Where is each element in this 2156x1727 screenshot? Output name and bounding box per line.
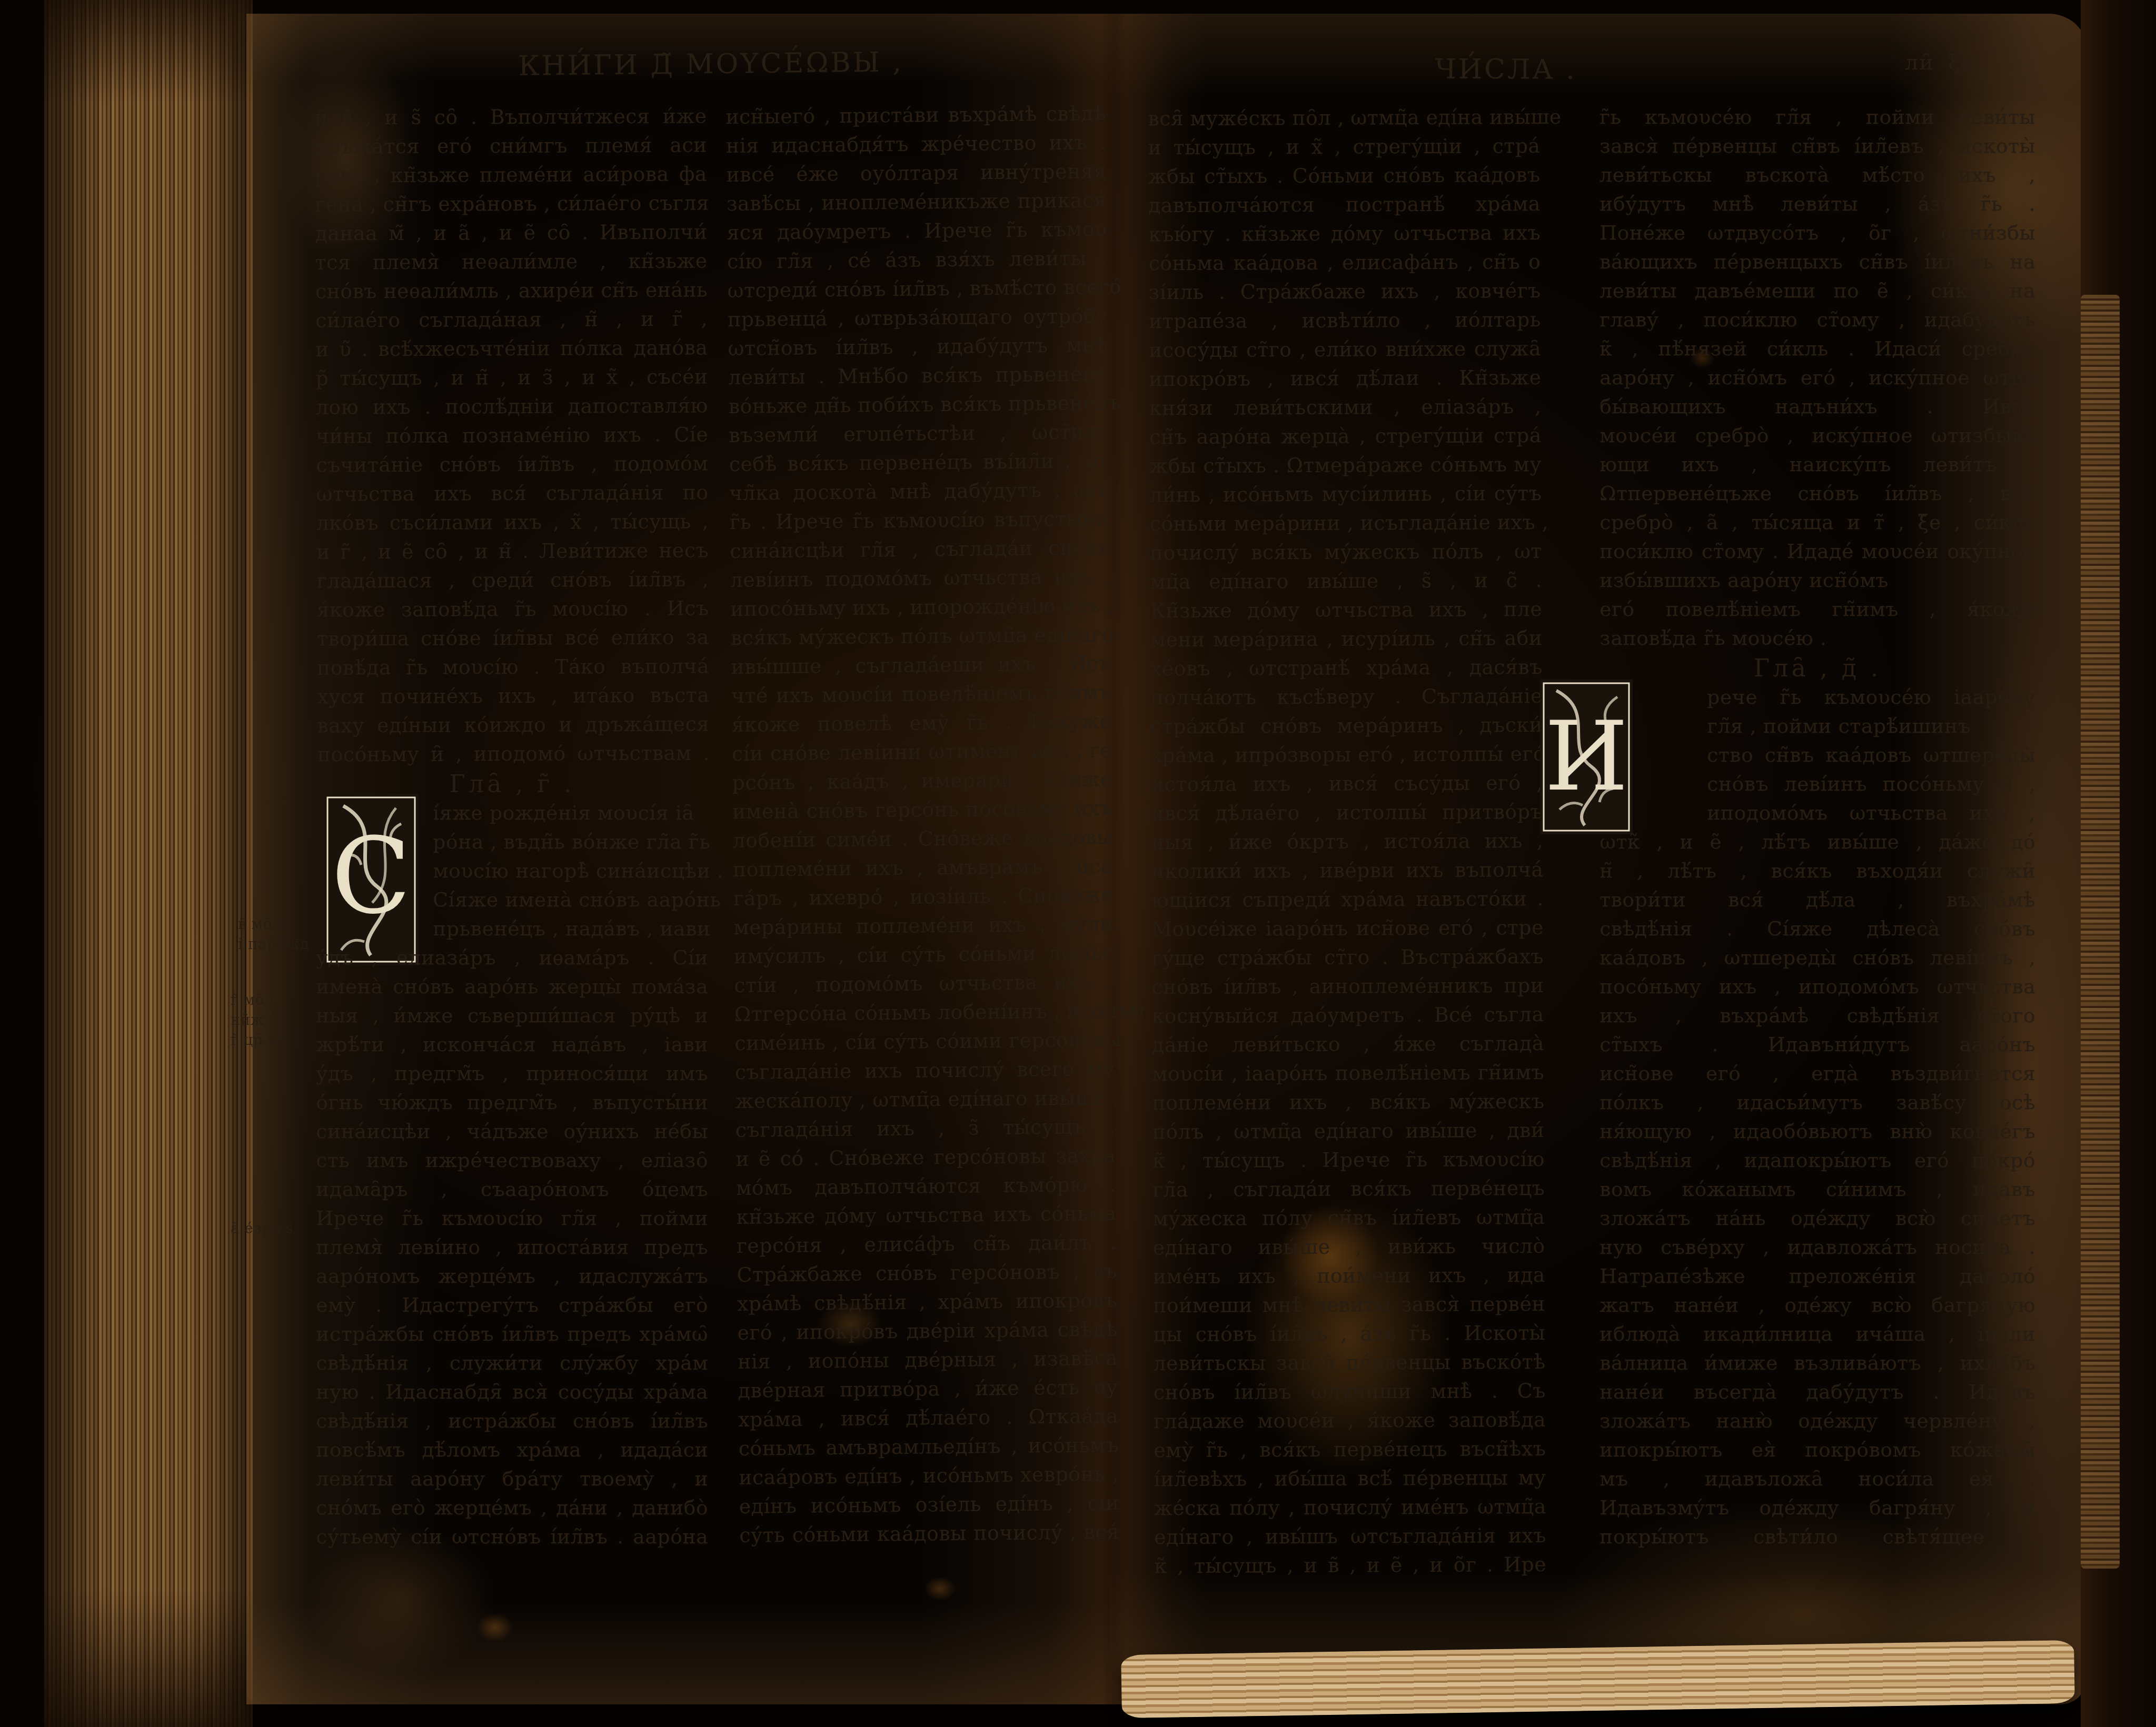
text-line: съчита́ніе сно́въ і́ил̃въ , подомо́м [316, 449, 708, 480]
text-line: моυсі́ю нагорѣ̀ сина́исцѣи . [433, 856, 708, 885]
marginal-note-references: в̃ мо̑ ѕ̃і пара̑ к̃д [238, 915, 310, 955]
left-page-column-2: исн̃ыего́ , приста́ви въхра́мѣ свѣдѣнія … [726, 99, 1119, 1550]
text-line: чи́ны по́лка познаме́нію ихъ . Сі́е [316, 420, 708, 451]
text-line: му́жеска по́лу сн̃въ і́ил̃евъ ωтмц̃а [1152, 1203, 1545, 1233]
right-page-column-4-upper: г̃ь къмоυсе́ю гл̃я , пойми леви́тызався̀… [1599, 103, 2035, 653]
text-line: г̃ мо̑ і̃ [231, 991, 286, 1011]
text-line: гла́даже моυсе́и , я́коже заповѣ́да [1154, 1405, 1546, 1436]
text-line: лою ихъ . послѣ́дніи дапоставля́ю [316, 391, 708, 422]
text-line: давъполча́ются постранѣ́ хра́ма [1148, 189, 1541, 220]
text-line: иблюда̀ икади́лница ича́ша , іизли [1599, 1320, 2035, 1349]
text-line: ивсе́ е́же оуо́лтаря ивну́треняя [726, 157, 1106, 189]
text-line: і пара̑ к̃д [238, 935, 310, 955]
text-line: зався̀ пе́рвенцы сн̃въ і́ил̃евъ , искоты… [1599, 132, 2035, 161]
text-line: пои́меши мнѣ̀ леви́ты зався̀ перве́н [1153, 1290, 1545, 1320]
text-line: повсѣ́мъ дѣ́ломъ хра́ма , идада́си [316, 1435, 708, 1464]
chapter-heading-4: Гла̑ , д̃ . [1599, 654, 2035, 682]
text-line: ни̑ж к̃ѕ [231, 1011, 286, 1031]
text-line: г̃ь къмоυсе́ю гл̃я , пойми леви́ты [1599, 103, 2035, 132]
text-line: Ирече г̃ь къмоυсі́ю гл̃я , пойми [316, 1204, 708, 1233]
quire-mark: ли̑ [1905, 51, 1934, 75]
text-line: племя̀ леві́ино , ипоста́вия предъ [316, 1233, 708, 1262]
text-line: съглада́нія ихъ , з̃ ты́сущъ , [735, 1112, 1115, 1145]
text-line: Поне́же ωтдвусо́тъ , о̃г , ωтни́збы [1599, 218, 2035, 247]
text-line: исаа́ровъ еді́нъ , исо́ньмъ хевро́нь , [739, 1460, 1119, 1492]
text-line: моυсі́и , іааро́нъ повелѣ́ніемъ гн̃имъ [1152, 1058, 1544, 1089]
text-line: Стра́жбаже сно́въ герсо́новъ , въ [737, 1257, 1117, 1290]
text-line: еді́наго ивы́ше , иви́жь число̀ [1152, 1232, 1545, 1262]
leaf-number: ξ̃а [1948, 51, 1974, 75]
text-line: зложа́тъ на́нь оде́жду всю̀ си́нетъ [1599, 1204, 2035, 1233]
marginal-note-references: г̃ мо̑ і̃ни̑ж к̃ѕг̃ цр̃ к̃д [231, 991, 286, 1051]
text-line: стра́жбы сно́въ мера́ринъ , дъски́ [1150, 711, 1543, 741]
text-line: и г̃ , и е̃ со̑ , и н̃ . Леви́тиже несъ [316, 536, 709, 566]
text-line: у́дъ , елиаза́ръ , иѳама́ръ . Сі́и [316, 943, 708, 972]
text-line: ибу́дутъ мнѣ̀ леви́ты , а́зъ г̃ь . [1599, 189, 2035, 218]
text-line: сі́и сно́ве леві́ини ωтиме́нъ ихъ , ге [732, 736, 1112, 768]
text-line: истоя́ла ихъ , ився́ съсу́ды его́ , [1151, 768, 1543, 799]
text-line: жбы ст̃ыхъ . Ωтмера́раже со́ньмъ му [1149, 450, 1542, 481]
text-line: ныя , и́мже съверши́шася ру́цѣ и [316, 1001, 708, 1030]
text-line: еді́наго , ивы́шъ ωтсъглада́нія ихъ [1154, 1521, 1546, 1552]
text-line: исосу́ды ст̃го , ели́ко вни́хже служа̑ [1149, 334, 1541, 365]
text-line: твори́ти вся́ дѣ́ла , въхра́мѣ [1599, 885, 2035, 914]
text-line: сн̃ъ ааро́на жерца̀ , стрегу́щіи стра́ [1149, 421, 1542, 452]
text-line: иколики́ ихъ , иве́рви ихъ въполча́ [1151, 855, 1543, 886]
text-line: ваху еді́ныи ко́иждо и дръжа́щеся [317, 710, 709, 740]
text-line: и ты́сущъ , и х̃ , стрегу́щіи , стра́ [1148, 132, 1540, 162]
left-page-column-1-lower: у́дъ , елиаза́ръ , иѳама́ръ . Сі́иимена̀… [316, 943, 708, 1551]
folio-number: ли̑ξ̃а [1905, 51, 1988, 75]
text-line: итрапе́за , исвѣти́ло , ио́лтарь [1149, 305, 1541, 336]
text-line: жрѣ́ти , исконча́ся нада́въ , іави [316, 1030, 708, 1059]
text-line: ωтсреди́ сно́въ і́ил̃въ , въмѣ́сто всего… [727, 273, 1107, 305]
text-line: ва́лница и́миже възлива́ютъ , ихлѣ́бъ [1599, 1349, 2035, 1377]
text-line: по́лкъ , идасьи́мутъ завѣ́су осѣ [1599, 1088, 2035, 1117]
text-line: цы сно́въ і́ил̃въ , а́зъ г̃ь . Искоты̀ [1153, 1319, 1545, 1349]
text-line: и υ̃ . всѣ́хжесъчте́ніи по́лка дано́ва [315, 333, 708, 364]
book-page-edges-right [2081, 295, 2120, 1569]
text-line: зложа́тъ наню̀ оде́жду червле́ну , [1599, 1406, 2035, 1435]
text-line: ихъ , въхра́мѣ свѣдѣ́нія ст̃ого [1599, 1001, 2035, 1030]
text-line: я́коже заповѣ́да г̃ь моυсі́ю . Исъ [316, 594, 709, 624]
svg-text:И: И [1545, 701, 1628, 812]
text-line: съглада́ніе ихъ почислу́ всего́ му [734, 1054, 1115, 1087]
text-line: мо́мъ давъполча́ются къмо́рю . [736, 1170, 1116, 1203]
text-line: хуся почине́хъ ихъ , ита́ко въста [317, 681, 709, 711]
text-line: исн̃ове его́ , егда̀ въздви́гнется [1599, 1059, 2035, 1088]
text-line: полча́ютъ късѣ́веру . Съглада́ніе [1150, 682, 1543, 712]
text-line: идама̑ръ , съааро́номъ о́цемъ [316, 1175, 708, 1204]
text-line: сно́въ і́ил̃въ ωлучи́ши мнѣ̀ . Съ [1154, 1376, 1546, 1407]
text-line: р̃ ты́сущъ , и н̃ , и з̃ , и х̃ , съсе́и [315, 362, 708, 393]
text-line: ро́во , кн̃зьже племе́ни аси́рова фа [315, 159, 707, 190]
text-line: ипосо́ньму ихъ , ипорожде́нію ихъ , [730, 591, 1110, 624]
text-line: і́яже рожде́нія моυсі́я іа̑ [433, 798, 708, 827]
text-line: сина́исцѣи гл̃я , съглада́и сно́въ [730, 533, 1110, 566]
text-line: ли́нь , исо́ньмъ мусі́илинь , сі́и су́тъ [1149, 479, 1542, 510]
text-line: ющіися съпреди́ хра́ма навъсто́ки . [1151, 884, 1543, 915]
text-line: г̃ цр̃ к̃д [231, 1031, 286, 1051]
text-line: иподомо́мъ ωтчьства ихъ , [1707, 798, 2035, 827]
marginal-note-references: а̃ е́зра ѕ̃ [231, 1219, 293, 1239]
text-line: лобені́и симе́и . Сно́веже каа́довы [732, 823, 1112, 855]
text-line: себѣ̀ вся́къ первене́цъ въі́ил̃и , ωт [729, 446, 1109, 479]
text-line: яся дао́умретъ . Ирече г̃ь къмоυ [727, 215, 1107, 247]
text-line: ро́на , въдн̃ь во́нже гл̃а г̃ь [433, 827, 708, 856]
text-line: нія идаснабдя́тъ жре́чество ихъ . [726, 128, 1106, 161]
text-line: глада́шася , среди́ сно́въ і́ил̃въ , [316, 565, 709, 595]
text-line: его́ повелѣ́ніемъ гн̃имъ , я́коже [1599, 595, 2035, 624]
text-line: Моυсе́іже іааро́нъ исн̃ове его́ , стре [1151, 913, 1544, 944]
text-line: лко́въ съси́лами ихъ , х̃ , ты́сущь , [316, 507, 709, 537]
text-line: въземли́ егυпе́тьстѣи , ωст̃ихъ [729, 417, 1109, 450]
text-line: мени мера́рина , исурі́иль , сн̃ъ аби [1150, 624, 1542, 654]
text-line: чл̃ка доскота̀ мнѣ̀ дабу́дутъ , а́зъ [729, 475, 1109, 508]
woodcut-drop-cap-I: И [1538, 678, 1634, 836]
text-line: к̃ , пѣ́нязей си́кль . Идаси́ сребро̀ [1599, 334, 2035, 363]
text-line: почислу́ вся́къ му́жескъ по́лъ , ωт [1150, 537, 1542, 567]
text-line: име́нъ ихъ , пои́мени ихъ , ида [1153, 1261, 1545, 1291]
text-line: ему̀ г̃ь , вся́къ перве́нецъ въсн̃ѣхъ [1154, 1434, 1546, 1465]
text-line: чте́ ихъ моυсі́и повелѣ́ніемъ гн̃имъ [731, 678, 1111, 711]
text-line: сно́въ леві́инъ посо́ньму и̑ , [1707, 770, 2035, 798]
text-line: ст̃ыхъ . Идавъни́дутъ ааро́нъ [1599, 1030, 2035, 1059]
text-line: су́ть со́ньми каа́довы почислу́ , вся́ [739, 1518, 1119, 1550]
left-page-column-1-beside-initial: і́яже рожде́нія моυсі́я іа̑ро́на , въдн̃… [433, 798, 708, 943]
text-line: посо́ньму и̑ , иподомо́ ωтчьствам . [317, 738, 710, 769]
text-line: твори́ша сно́ве і́ил̃вы все́ ели́ко за [317, 623, 709, 653]
text-line: ωтк̃ , и е̃ , лѣ́тъ ивы́ше , да́же до́ [1599, 827, 2035, 856]
text-line: герсо́ня , елиса́фъ сн̃ъ даи́лъ . [737, 1228, 1117, 1261]
text-line: вомъ ко́жанымъ си́нимъ , идавъ [1599, 1175, 2035, 1204]
text-line: Натрапе́зѣже преложе́нія даполо́ [1599, 1262, 2035, 1291]
text-line: кн̃зьже до́му ωтчьства ихъ со́ньма [736, 1199, 1116, 1232]
text-line: данаа м̃ , и а̃ , и е̃ со̑ . Ивъполчи́ [315, 217, 707, 248]
text-line: ную съве́рху , идавложа́тъ носи́ла . [1599, 1233, 2035, 1262]
text-line: и̃ в̃ , и ѕ̃ со̑ . Въполчи́тжеся и́же [314, 102, 707, 132]
text-line: леви́ты . Мнѣ́бо вся́къ прьвене́цъ [728, 360, 1108, 392]
text-line: нане́и въсегда̀ дабу́дутъ . Идавъ [1599, 1377, 2035, 1406]
text-line: моυсе́и сребро̀ , иску́пное ωтизбыва́ [1599, 421, 2035, 450]
text-line: Кн̃зьже до́му ωтчьства ихъ , пле [1150, 595, 1542, 625]
text-line: а̃ е́зра ѕ̃ [231, 1219, 293, 1239]
svg-text:С: С [331, 815, 411, 937]
text-line: Ωтпервене́цъже сно́въ і́ил̃въ , взя̀ [1599, 479, 2035, 508]
text-line: рсо́нъ , каа́дъ , имера́ри . Сі́иже [732, 765, 1112, 797]
running-head-right: ЧИ́СЛА . [1306, 53, 1706, 86]
text-line: су́тьему̀ сі́и ωтсно́въ і́ил̃въ . ааро́н… [316, 1522, 708, 1551]
text-line: свѣдѣ́нія , служи́ти слу́жбу хра́м [316, 1349, 708, 1377]
text-line: сі́ю гл̃я , се́ а́зъ взя́хъ леви́ты , [727, 244, 1107, 276]
text-line: ωтчьства ихъ вся́ съглада́нія по [316, 478, 708, 508]
text-line: г̃ь . Ирече г̃ь къмоυсі́ю въпусты́ни [729, 504, 1109, 537]
text-line: тся племя̀ неѳали́мле , кн̃зьже [315, 246, 707, 277]
text-line: Сі́яже имена̀ сно́въ ааро́нь [433, 885, 708, 914]
text-line: симе́инь , сі́и су́ть со́ими герсо́новы [734, 1025, 1115, 1058]
text-line: прьвенца́ , ωтврьза́ющаго оутро́бу [728, 302, 1108, 334]
text-line: исн̃ыего́ , приста́ви въхра́мѣ свѣдѣ [726, 99, 1106, 132]
book-fore-edge-left [44, 0, 253, 1727]
text-line: же́ска по́лу , почислу́ име́нъ ωтмц̃а [1154, 1492, 1546, 1523]
text-line: главу́ , поси́клю ст̃ому , идабу́детъ [1599, 305, 2035, 334]
text-line: еді́нъ исо́ньмъ озі́ель еді́нъ , сі́и [739, 1489, 1119, 1521]
text-line: ныя , и́же о́кртъ , истоя́ла ихъ , [1151, 826, 1543, 857]
book-edge-right [2081, 0, 2156, 1727]
text-line: ааро́номъ жерце́мъ , идаслужа́тъ [316, 1262, 708, 1291]
text-line: ивы́шше , съглада́еши ихъ . Исъ [731, 649, 1111, 682]
text-line: мъ , идавъложа̑ носи́ла ея̀ . [1599, 1464, 2035, 1493]
text-line: ипокро́въ , ився́ дѣ́лаи . Кн̃зьже [1149, 363, 1541, 394]
text-line: леві́инъ подомо́мъ ωтчьства ихъ , [730, 562, 1110, 595]
text-line: нія , иопо́ны две́рныя , изавѣ́са [738, 1344, 1118, 1376]
text-line: истра́жбы сно́въ і́ил̃въ предъ хра́мω̑ [316, 1320, 708, 1349]
text-line: ааро́ну , исн̃о́мъ его́ , иску́пное ωтиз [1599, 363, 2035, 392]
text-line: хра́ма , ився́ дѣ́лае́го . Ωткаа́да [738, 1402, 1118, 1434]
right-page-column-4-beside-initial: рече г̃ь къмоυсе́ю іааро́нугл̃я , пойми … [1707, 683, 2035, 827]
text-line: вся̑ муже́скъ по̑л , ωтмц̃а еді́на ивы́ш… [1148, 103, 1540, 133]
text-line: свѣдѣ́нія . Сі́яже дѣлеса̀ сно́въ [1599, 914, 2035, 943]
text-line: свѣдѣ́нія , идапокры́ютъ его́ покро́ [1599, 1146, 2035, 1175]
text-line: кня́зи леви́тьскими , еліаза́ръ , [1149, 392, 1541, 423]
text-line: каа́довъ , ωтшереды̀ сно́въ леві́инъ , [1599, 943, 2035, 972]
text-line: я́коже повелѣ̀ ему̀ г̃ь . Бя́хуже [731, 707, 1111, 740]
text-line: рече г̃ь къмоυсе́ю іааро́ну [1707, 683, 2035, 712]
text-line: сребро̀ , а̃ , ты́сяща и т̃ , ξ̃е , си́к… [1599, 508, 2035, 537]
text-line: і́ил̃евѣхъ , ибы́ша всѣ́ пе́рвенцы му [1154, 1463, 1546, 1494]
text-line: ипокры́ютъ ея̀ покро́вомъ ко́жаны̑ [1599, 1435, 2035, 1464]
text-line: леви́тьскы зався̀ пе́рвенцы въско́тѣ [1153, 1347, 1545, 1378]
text-line: его́ , ипокро́въ две́ріи хра́ма свѣдѣ [737, 1315, 1117, 1347]
woodcut-drop-cap-S: С [322, 792, 420, 967]
text-line: свѣдѣ́нія , истра́жбы сно́въ і́ил̃въ [316, 1406, 708, 1435]
text-line: к̃ , ты́сущъ . Ирече г̃ь къмоυсі́ю [1152, 1145, 1545, 1175]
text-line: сина́исцѣи , ча́дъже оу́нихъ не́бы [316, 1117, 708, 1146]
text-line: о́гнь чю́ждъ предгм̃ъ , въпусты́ни [316, 1088, 708, 1117]
right-page-column-4-lower: ωтк̃ , и е̃ , лѣ́тъ ивы́ше , да́же до́н̃… [1599, 827, 2035, 1551]
text-line: гу́ще стра́жбы ст̃го . Въстра́жбахъ [1151, 942, 1544, 973]
text-line: леви́ты давъе́меши по е̃ , си́кль на [1599, 276, 2035, 305]
text-line: жбы ст̃ыхъ . Со́ньми сно́въ каа́довъ [1148, 161, 1540, 191]
text-line: ився́ дѣ́лае́го , истолпы́ притво́ръ [1151, 797, 1543, 828]
text-line: да́ніе леви́тьско , я́же съглада̀ [1152, 1029, 1544, 1060]
text-line: хра́мѣ свѣдѣ́нія , хра́мъ ипокро́въ [737, 1286, 1117, 1319]
text-line: со́ньма каа́дова , елисафа́нъ , сн̃ъ о [1148, 247, 1541, 278]
right-page-column-3: вся̑ муже́скъ по̑л , ωтмц̃а еді́на ивы́ш… [1148, 103, 1546, 1581]
text-line: в̃ мо̑ ѕ̃ [238, 915, 310, 935]
text-line: имена̀ сно́въ ааро́нь жерцы̀ пома́за [316, 972, 708, 1001]
text-line: со́ньмъ амъврамльеді́нъ , исо́ньмъ [738, 1431, 1118, 1463]
text-line: к̃ , ты́сущъ , и в̃ , и е̃ , и о̃г . Ире [1154, 1550, 1546, 1581]
text-line: хе́овъ , ωтстранѣ́ хра́ма , дася́въ [1150, 653, 1543, 683]
text-line: иму́силъ , сі́и су́ть со́ньми леві́ьс [733, 939, 1114, 971]
text-line: повѣ́да г̃ь моυсі́ю . Та́ко въполча́ [317, 652, 709, 682]
text-line: посо́ньму ихъ , иподомо́мъ ωтчьства [1599, 972, 2035, 1001]
text-line: си́лае́го съглада́ная , н̃ , и г̃ , [315, 304, 708, 335]
text-line: поплеме́ни ихъ , амъвра́мъ , иса [733, 852, 1113, 884]
text-line: жатъ нане́и , оде́жу всю̀ багря́ную [1599, 1291, 2035, 1320]
text-line: и е̃ со́ . Сно́веже герсо́новы захра́ [736, 1141, 1116, 1174]
text-line: ωтсн̃овъ і́ил̃въ , идабу́дутъ мнѣ̀ [728, 331, 1108, 363]
text-line: леви́тьскы въскота̀ мѣ́сто ихъ , [1599, 161, 2035, 189]
text-line: со́ньми мера́рини , исъглада́ніе ихъ , [1149, 508, 1542, 538]
text-line: мц̃а еді́наго ивы́ше , ѕ̃ , и с̃ . [1150, 566, 1542, 596]
book-photograph: КНИ́ГИ Д̃ МОΥСЕ́ΩВЫ , ЧИ́СЛА . ли̑ξ̃а и̃… [0, 0, 2156, 1727]
text-line: ство сн̃въ каа́довъ ωтшереды̀ [1707, 741, 2035, 770]
text-line: ге́на , сн̃гъ ехра́новъ , си́лае́го съгл… [315, 188, 707, 219]
text-line: избы́вшихъ ааро́ну исн̃о́мъ [1599, 566, 2035, 595]
text-line: заповѣ́да г̃ь моυсе́ю . [1599, 624, 2035, 653]
text-line: две́рная притво́ра , и́же е́сть оу [738, 1373, 1118, 1405]
text-line: хра́ма , ипро́зворы его́ , истолпы́ его́ [1150, 740, 1543, 770]
text-line: къю́гу . кн̃зьже до́му ωтчьства ихъ [1148, 218, 1541, 249]
text-line: сно́въ і́ил̃въ , аиноплеме́нникъ при [1151, 971, 1544, 1002]
text-line: ющи ихъ , наиску́пъ леви́тъ . [1599, 450, 2035, 479]
text-line: дръжа́тся его́ сни́мгъ племя́ аси [314, 131, 707, 161]
text-line: прьвене́цъ , нада́въ , иави [433, 914, 708, 943]
text-line: поплеме́ни ихъ , вся́къ му́жескъ [1152, 1087, 1544, 1117]
text-line: косну́выйся дао́умретъ . Все́ съгла [1151, 1000, 1544, 1031]
text-line: ва́ющихъ пе́рвенцыхъ сн̃въ і́ил̃евъ на [1599, 247, 2035, 276]
text-line: имена̀ сно́въ герсо́нь посо́ньму ихъ [732, 794, 1112, 826]
text-line: га́ръ , ихевро́ , иозі́иль . Сно́веже [733, 881, 1113, 913]
text-line: сть имъ ижре́чествоваху , еліазо̑ [316, 1146, 708, 1175]
text-line: Идавъзму́тъ оде́жду багря́ну , и [1599, 1493, 2035, 1522]
left-page-column-1-upper: и̃ в̃ , и ѕ̃ со̑ . Въполчи́тжеся и́жедръ… [314, 102, 710, 769]
text-line: ему̀ . Идастрегу́тъ стра́жбы его̀ [316, 1291, 708, 1320]
text-line: ня́ющую , идаобо́вьютъ вню̀ ковче́гъ [1599, 1117, 2035, 1146]
text-line: Ωтгерсо́на со́ньмъ лобені́инъ , исо́ньм [734, 996, 1114, 1029]
text-line: мера́рины поплеме́ни ихъ , му́ли [733, 910, 1114, 942]
text-line: завѣ́сы , иноплеме́никъже прикася́ [727, 186, 1107, 218]
text-line: вся́къ му́жескъ по́лъ ωтмц̃а еді́наго [731, 620, 1111, 653]
text-line: жеска́полу , ωтмц̃а еді́наго ивы́ше , [735, 1083, 1115, 1116]
text-line: сті́и , подомо́мъ ωтчьства ихъ . [734, 967, 1114, 1000]
text-line: леви́ты ааро́ну бра́ту твоему̀ , и [316, 1464, 708, 1493]
text-line: сно́въ неѳали́мль , ахире́и сн̃ъ ена́нь [315, 275, 708, 306]
text-line: гл̃а , съглада́и вся́къ перве́нецъ [1152, 1174, 1545, 1204]
text-line: во́ньже дн̃ь поби́хъ вся́къ прьвене́цъ [728, 388, 1108, 421]
text-line: бы́вающихъ надъни́хъ . Ивзя̀ [1599, 392, 2035, 421]
text-line: ную . Идаснабдя̑ вся̀ сосу́ды хра́ма [316, 1377, 708, 1406]
text-line: н̃ , лѣ́тъ , вся́къ въходя́и служи̑ [1599, 856, 2035, 885]
text-line: зі́иль . Стра́жбаже ихъ , ковче́гъ [1148, 276, 1541, 307]
text-line: гл̃я , пойми старѣ́ишинъ [1707, 712, 2035, 741]
text-line: покры́ютъ свѣти́ло свѣтя́щее , [1599, 1522, 2035, 1551]
text-line: по́лъ , ωтмц̃а еді́наго ивы́ше , дви́ [1152, 1116, 1544, 1146]
text-line: сно́мъ его̀ жерце́мъ , да́ни , данибо̀ [316, 1493, 708, 1522]
text-line: поси́клю ст̃ому . Идаде́ моυсе́и оку́пно… [1599, 537, 2035, 566]
text-line: у́дъ , предгм̃ъ , принося́щи имъ [316, 1059, 708, 1088]
